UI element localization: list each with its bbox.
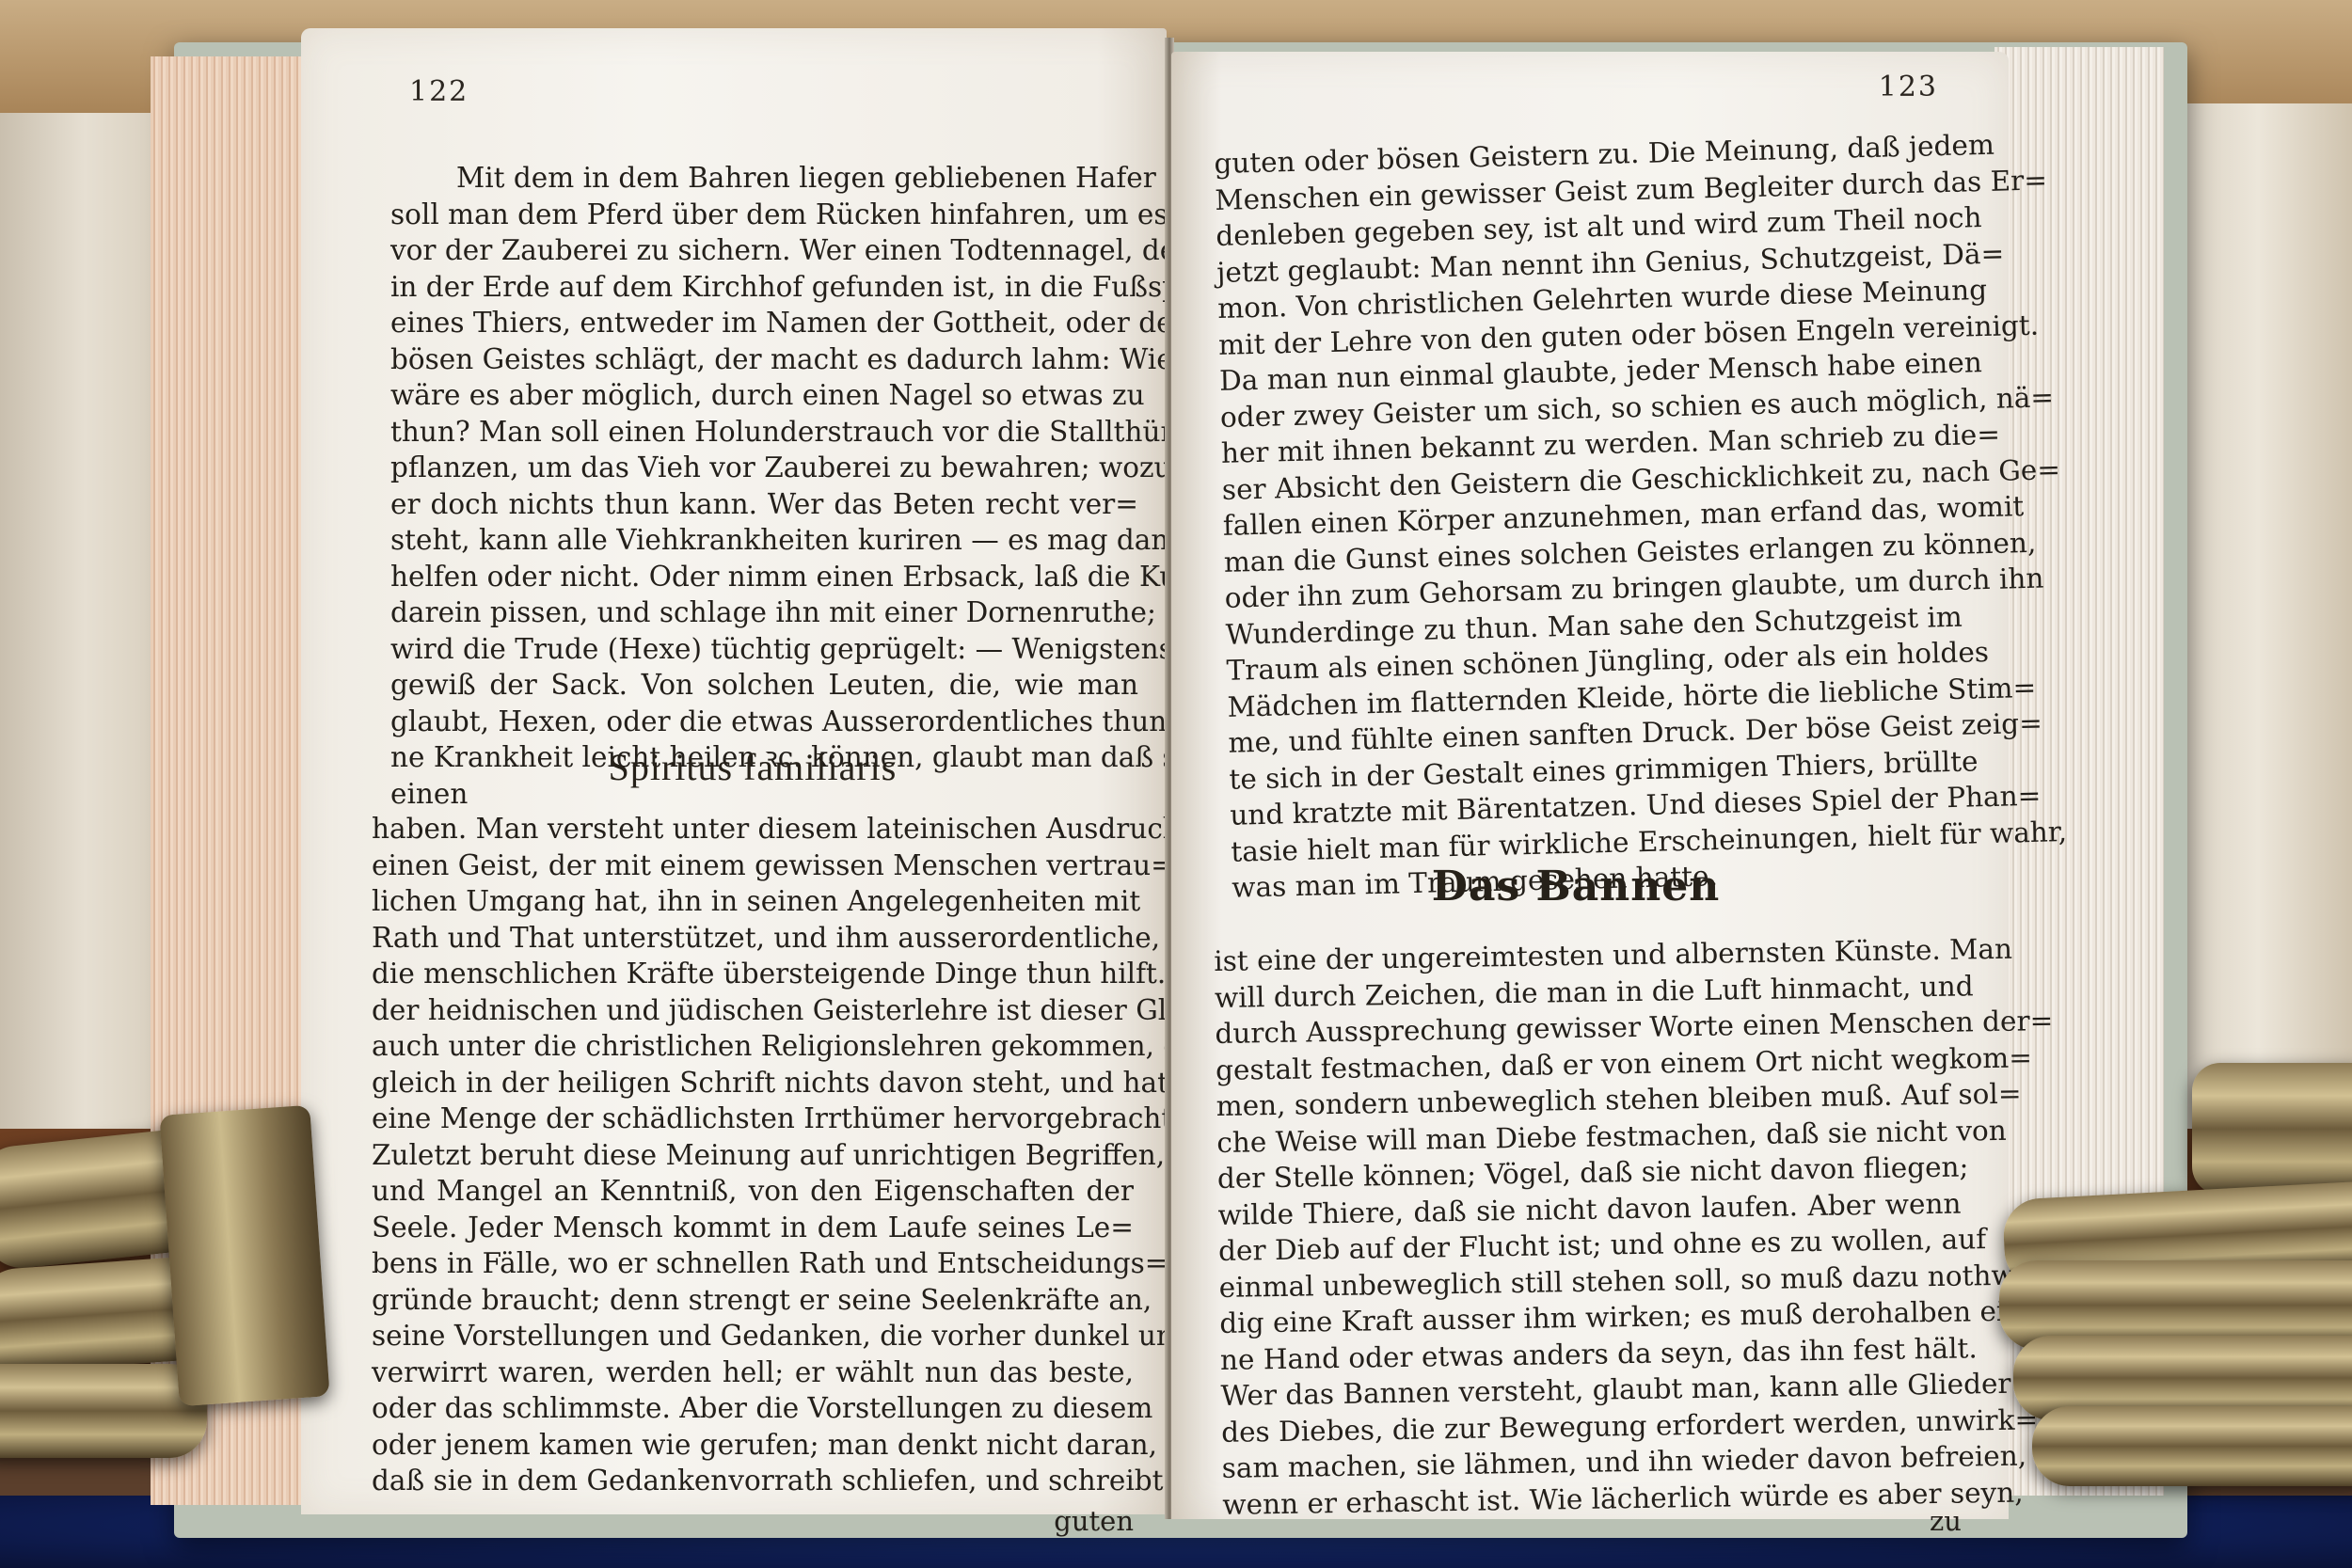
text-line: Zuletzt beruht diese Meinung auf unricht… — [372, 1137, 1134, 1174]
right-paragraph-2: ist eine der ungereimtesten und albernst… — [1214, 932, 1966, 1523]
text-line: eine Menge der schädlichsten Irrthümer h… — [372, 1101, 1134, 1137]
text-line: eines Thiers, entweder im Namen der Gott… — [390, 305, 1138, 341]
brass-hand-right-thumb — [2192, 1063, 2352, 1195]
text-line: helfen oder nicht. Oder nimm einen Erbsa… — [390, 559, 1138, 595]
text-line: gewiß der Sack. Von solchen Leuten, die,… — [390, 667, 1138, 704]
left-paragraph-2: haben. Man versteht unter diesem lateini… — [372, 811, 1134, 1499]
text-line: Rath und That unterstützet, und ihm auss… — [372, 920, 1134, 957]
text-line: der heidnischen und jüdischen Geisterleh… — [372, 992, 1134, 1029]
text-line: gründe braucht; denn strengt er seine Se… — [372, 1282, 1134, 1319]
text-line: bens in Fälle, wo er schnellen Rath und … — [372, 1245, 1134, 1282]
section-heading-spiritus-familiaris: Spiritus familiaris — [376, 745, 1129, 789]
text-line: daß sie in dem Gedankenvorrath schliefen… — [372, 1463, 1134, 1499]
catchword-right: zu — [1930, 1505, 1962, 1537]
text-line: auch unter die christlichen Religionsleh… — [372, 1028, 1134, 1065]
left-paragraph-1: Mit dem in dem Bahren liegen gebliebenen… — [390, 160, 1138, 812]
text-line: oder jenem kamen wie gerufen; man denkt … — [372, 1427, 1134, 1464]
text-line: wäre es aber möglich, durch einen Nagel … — [390, 377, 1138, 414]
text-line: vor der Zauberei zu sichern. Wer einen T… — [390, 232, 1138, 269]
page-number-left: 122 — [409, 75, 469, 108]
text-line: in der Erde auf dem Kirchhof gefunden is… — [390, 269, 1138, 306]
text-line: glaubt, Hexen, oder die etwas Ausserorde… — [390, 704, 1138, 740]
text-line: darein pissen, und schlage ihn mit einer… — [390, 594, 1138, 631]
left-page: 122 Mit dem in dem Bahren liegen geblieb… — [301, 28, 1167, 1514]
right-page: 123 guten oder bösen Geistern zu. Die Me… — [1171, 52, 2009, 1519]
brass-hand-left-thumb — [159, 1105, 329, 1406]
parchment-scroll-right — [2164, 103, 2352, 1148]
text-line: die menschlichen Kräfte übersteigende Di… — [372, 956, 1134, 992]
section-heading-das-bannen: Das Bannen — [1209, 863, 1943, 911]
text-line: wird die Trude (Hexe) tüchtig geprügelt:… — [390, 631, 1138, 668]
text-line: thun? Man soll einen Holunderstrauch vor… — [390, 414, 1138, 451]
text-line: pflanzen, um das Vieh vor Zauberei zu be… — [390, 450, 1138, 486]
text-line: einen Geist, der mit einem gewissen Mens… — [372, 847, 1134, 884]
text-line: steht, kann alle Viehkrankheiten kuriren… — [390, 522, 1138, 559]
text-line: haben. Man versteht unter diesem lateini… — [372, 811, 1134, 847]
text-line: und Mangel an Kenntniß, von den Eigensch… — [372, 1173, 1134, 1210]
brass-hand-right-finger — [2032, 1406, 2352, 1486]
brass-hand-left-finger — [0, 1364, 207, 1458]
text-line: er doch nichts thun kann. Wer das Beten … — [390, 486, 1138, 523]
text-line: soll man dem Pferd über dem Rücken hinfa… — [390, 197, 1138, 233]
text-line: Mit dem in dem Bahren liegen gebliebenen… — [390, 160, 1138, 197]
page-number-right: 123 — [1879, 71, 1938, 103]
text-line: verwirrt waren, werden hell; er wählt nu… — [372, 1354, 1134, 1391]
text-line: gleich in der heiligen Schrift nichts da… — [372, 1065, 1134, 1101]
text-line: seine Vorstellungen und Gedanken, die vo… — [372, 1318, 1134, 1354]
text-line: Seele. Jeder Mensch kommt in dem Laufe s… — [372, 1210, 1134, 1246]
text-line: bösen Geistes schlägt, der macht es dadu… — [390, 341, 1138, 378]
text-line: lichen Umgang hat, ihn in seinen Angeleg… — [372, 883, 1134, 920]
right-paragraph-1: guten oder bösen Geistern zu. Die Meinun… — [1214, 128, 1957, 906]
text-line: oder das schlimmste. Aber die Vorstellun… — [372, 1390, 1134, 1427]
catchword-left: guten — [1054, 1505, 1134, 1537]
